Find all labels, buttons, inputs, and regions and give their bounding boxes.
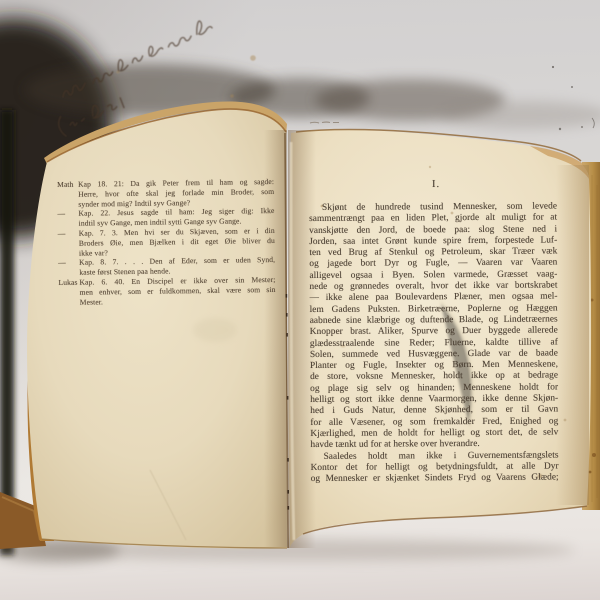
body-line: og Mennesker er skjænket Sindets Fryd og… — [311, 473, 559, 486]
right-page-curl-shade — [556, 165, 589, 505]
margin-label: — — [57, 209, 78, 219]
margin-label — [58, 238, 79, 248]
margin-label — [58, 219, 79, 229]
margin-label — [57, 190, 78, 200]
body-line: Knopper brast. Aliker, Spurve og Duer by… — [310, 326, 558, 339]
margin-label — [59, 287, 80, 297]
margin-label — [59, 297, 80, 307]
margin-label: — — [58, 229, 79, 239]
margin-label — [57, 199, 78, 209]
margin-label — [58, 248, 79, 258]
margin-label: — — [58, 258, 79, 268]
chapter-heading: I. — [312, 178, 560, 190]
body-line: sammentrængt paa en liden Plet, gjorde a… — [309, 213, 557, 226]
margin-label: Math — [57, 180, 78, 190]
margin-label — [58, 268, 79, 278]
photo-of-open-book: Math Kap 18. 21: Da gik Peter frem til h… — [0, 0, 600, 600]
ink-smudge — [310, 122, 339, 123]
margin-label: Lukas — [58, 278, 79, 288]
epigraph-block: Math Kap 18. 21: Da gik Peter frem til h… — [57, 177, 276, 307]
body-text-block: Skjønt de hundrede tusind Mennesker, som… — [309, 201, 559, 485]
